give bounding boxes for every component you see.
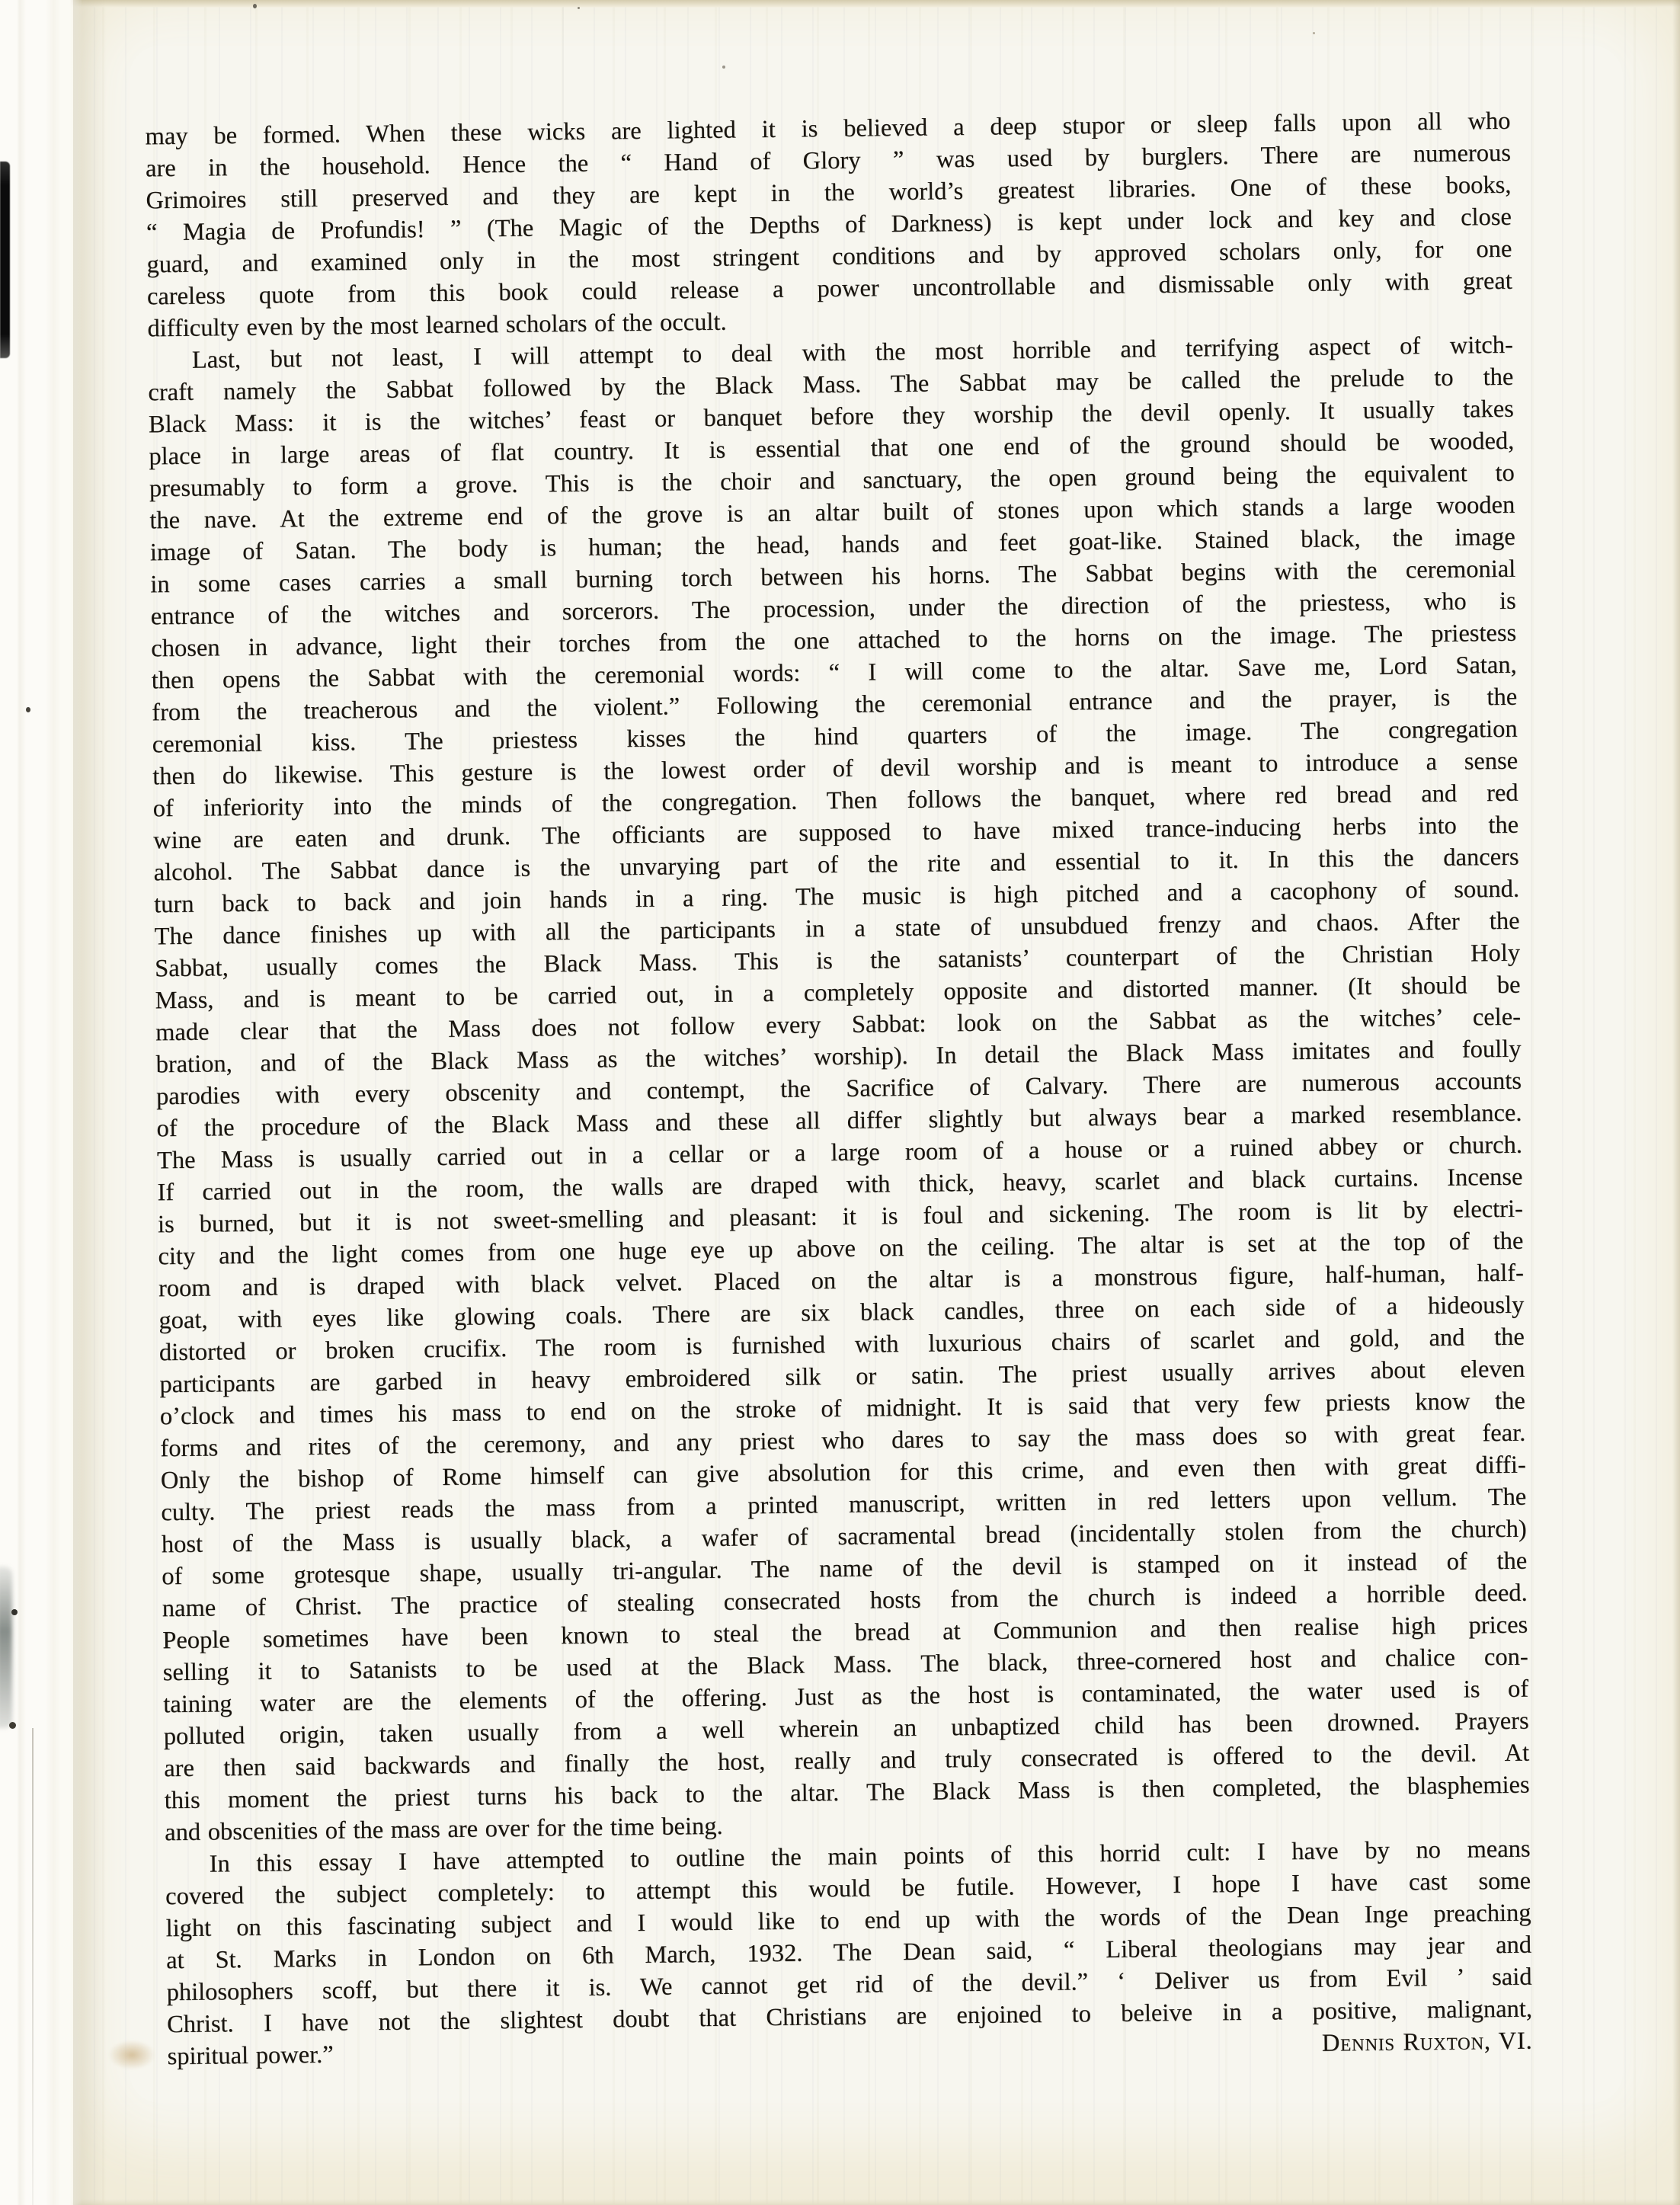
- page-curl-shadow: [73, 0, 107, 2205]
- binding-mark-black: [0, 162, 10, 358]
- paper-speck: [722, 66, 725, 69]
- page-right-edge: [1672, 0, 1680, 2205]
- binding-smudge-gray: [0, 1567, 12, 1728]
- scanned-page: may be formed. When these wicks are ligh…: [0, 0, 1680, 2205]
- paper-speck: [253, 4, 257, 8]
- page-top-edge: [0, 0, 1680, 8]
- page-bottom-edge: [0, 2199, 1680, 2205]
- author-signature: Dennis Ruxton, VI.: [1322, 2025, 1533, 2059]
- paper-stain: [109, 2040, 155, 2069]
- paper-speck: [578, 7, 580, 9]
- paper-speck: [9, 1722, 16, 1729]
- paper-crease-line: [32, 1728, 34, 2205]
- left-page-curl-edge: [0, 0, 82, 2205]
- paper-speck: [26, 707, 30, 712]
- paper-speck: [1313, 32, 1315, 34]
- closing-words: spiritual power.”: [167, 2039, 334, 2073]
- essay-text-block: may be formed. When these wicks are ligh…: [145, 105, 1532, 2072]
- paper-speck: [11, 1609, 18, 1615]
